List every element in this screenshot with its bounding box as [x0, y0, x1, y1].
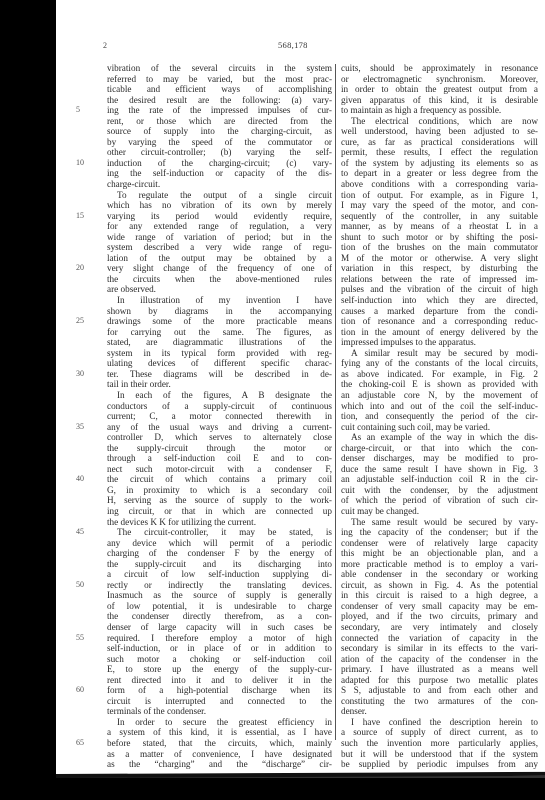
line-number: 65 — [76, 738, 84, 747]
line-number: 15 — [76, 211, 84, 220]
left-column-text: vibration of the several circuits in the… — [107, 63, 332, 770]
text-line: variation in this respect, by disturbing… — [341, 263, 538, 274]
text-line: be supplied by periodic impulses from an… — [341, 759, 538, 770]
text-line: the circuits when the above-mentioned ru… — [107, 274, 332, 285]
text-line: a circuit of low self-induction supplyin… — [107, 569, 332, 580]
text-line: denser discharges, may be modified to pr… — [341, 453, 538, 464]
text-line: are observed. — [107, 284, 332, 295]
text-line: tion of the brushes on the main commutat… — [341, 242, 538, 253]
text-line: as the “charging” and the “discharge” ci… — [107, 759, 332, 770]
text-line: E, to store up the energy of the supply-… — [107, 664, 332, 675]
text-line: above conditions with a corresponding va… — [341, 179, 538, 190]
text-line: source of supply into the charging-circu… — [107, 126, 332, 137]
text-line: primary. I have illustrated as a means w… — [341, 664, 538, 675]
text-line: such motor a choking or self-induction c… — [107, 654, 332, 665]
text-line: induction of the charging-circuit; (c) v… — [107, 158, 332, 169]
patent-page: 2 568,178 vibration of the several circu… — [56, 0, 545, 778]
text-line: the condenser directly therefrom, as a c… — [107, 611, 332, 622]
text-line: manner, as by means of a rheostat L in a — [341, 221, 538, 232]
text-line: A similar result may be secured by modi- — [341, 348, 538, 359]
text-line: drawings some of the more practicable me… — [107, 316, 332, 327]
text-line: this might be an objectionable plan, and… — [341, 548, 538, 559]
text-line: rectly or indirectly the translating dev… — [107, 580, 332, 591]
text-line: In order to secure the greatest efficien… — [107, 717, 332, 728]
text-line: by varying the speed of the commutator o… — [107, 137, 332, 148]
text-line: through a self-induction coil E and to c… — [107, 453, 332, 464]
text-line: connected the variation of capacity in t… — [341, 633, 538, 644]
text-line: duce the same result I have shown in Fig… — [341, 464, 538, 475]
line-number: 35 — [76, 422, 84, 431]
text-line: to maintain as high a frequency as possi… — [341, 105, 538, 116]
text-line: pulses and the vibration of the circuit … — [341, 284, 538, 295]
text-line: tion in the amount of energy delivered b… — [341, 327, 538, 338]
text-line: other circuit-controller; (b) varying th… — [107, 147, 332, 158]
text-line: tion of output. For example, as in Figur… — [341, 190, 538, 201]
text-line: the supply-circuit through the motor or — [107, 443, 332, 454]
text-line: any of the usual ways and driving a curr… — [107, 422, 332, 433]
text-line: impressed impulses to the apparatus. — [341, 337, 538, 348]
text-line: for any extended range of regulation, a … — [107, 221, 332, 232]
text-line: a source of supply of direct current, as… — [341, 727, 538, 738]
text-line: well understood, having been adjusted to… — [341, 126, 538, 137]
line-number: 60 — [76, 685, 84, 694]
page-number: 2 — [103, 41, 107, 50]
text-line: G, in proximity to which is a secondary … — [107, 485, 332, 496]
text-line: relations between the rate of impressed … — [341, 274, 538, 285]
text-line: To regulate the output of a single circu… — [107, 190, 332, 201]
text-line: constituting the two armatures of the co… — [341, 696, 538, 707]
text-line: cuit with the condenser, by the adjustme… — [341, 485, 538, 496]
text-line: the circuit of which contains a primary … — [107, 474, 332, 485]
patent-number: 568,178 — [278, 40, 308, 50]
text-line: form of a high-potential discharge when … — [107, 685, 332, 696]
text-line: charge-circuit. — [107, 179, 332, 190]
text-line: secondary, are very intimately and close… — [341, 622, 538, 633]
text-line: very slight change of the frequency of o… — [107, 263, 332, 274]
text-line: sequently of the controller, in any suit… — [341, 211, 538, 222]
column-divider — [335, 64, 336, 740]
text-line: terminals of the condenser. — [107, 706, 332, 717]
text-line: controller D, which serves to alternatel… — [107, 432, 332, 443]
text-line: vibration of the several circuits in the… — [107, 63, 332, 74]
text-line: permit, these results, I effect the regu… — [341, 147, 538, 158]
text-line: circuit is interrupted and connected to … — [107, 696, 332, 707]
text-line: stated, are diagrammatic illustrations o… — [107, 337, 332, 348]
text-line: ter. These diagrams will be described in… — [107, 369, 332, 380]
text-line: condenser were of relatively large capac… — [341, 538, 538, 549]
text-line: but it will be understood that if the sy… — [341, 749, 538, 760]
line-number: 10 — [76, 158, 84, 167]
text-line: an adjustable self-induction coil R in t… — [341, 474, 538, 485]
text-line: ing circuit, or that in which are connec… — [107, 506, 332, 517]
text-line: in this circuit is raised to a high degr… — [341, 590, 538, 601]
text-line: tail in their order. — [107, 379, 332, 390]
text-line: of which the period of vibration of such… — [341, 495, 538, 506]
text-line: cuit may be changed. — [341, 506, 538, 517]
text-line: In illustration of my invention I have — [107, 295, 332, 306]
text-line: before stated, that the circuits, which,… — [107, 738, 332, 749]
text-line: an adjustable core N, by the movement of — [341, 390, 538, 401]
text-line: denser. — [341, 706, 538, 717]
text-line: current; C, a motor connected therewith … — [107, 411, 332, 422]
text-line: shown by diagrams in the accompanying — [107, 306, 332, 317]
text-line: M of the motor or otherwise. A very slig… — [341, 253, 538, 264]
text-line: rent, or those which are directed from t… — [107, 116, 332, 127]
line-number: 45 — [76, 527, 84, 536]
line-number: 50 — [76, 580, 84, 589]
text-line: I have confined the description herein t… — [341, 717, 538, 728]
text-line: fying any of the constants of the local … — [341, 358, 538, 369]
line-number: 40 — [76, 474, 84, 483]
text-line: cuit containing such coil, may be varied… — [341, 422, 538, 433]
text-line: ing the rate of the impressed impulses o… — [107, 105, 332, 116]
text-line: as a matter of convenience, I have desig… — [107, 749, 332, 760]
text-line: any device which will permit of a period… — [107, 538, 332, 549]
text-line: adapted for this purpose two metallic pl… — [341, 675, 538, 686]
text-line: ing the capacity of the condenser; but i… — [341, 527, 538, 538]
text-line: able condenser in the secondary or worki… — [341, 569, 538, 580]
text-line: The circuit-controller, it may be stated… — [107, 527, 332, 538]
text-line: charge-circuit, or that into which the c… — [341, 443, 538, 454]
text-line: shunt to such motor or by shifting the p… — [341, 232, 538, 243]
text-line: system described a very wide range of re… — [107, 242, 332, 253]
text-line: ployed, and if the two circuits, primary… — [341, 611, 538, 622]
text-line: referred to may be varied, but the most … — [107, 74, 332, 85]
text-line: secondary is similar in its effects to t… — [341, 643, 538, 654]
text-line: the supply-circuit and its discharging i… — [107, 559, 332, 570]
text-line: Inasmuch as the source of supply is gene… — [107, 590, 332, 601]
text-line: ing the self-induction or capacity of th… — [107, 168, 332, 179]
text-line: causes a marked departure from the condi… — [341, 306, 538, 317]
line-number: 5 — [76, 105, 80, 114]
text-line: which has no vibration of its own by mer… — [107, 200, 332, 211]
text-line: cure, as far as practical considerations… — [341, 137, 538, 148]
text-line: The electrical conditions, which are now — [341, 116, 538, 127]
text-line: lation of the output may be obtained by … — [107, 253, 332, 264]
text-line: In each of the figures, A B designate th… — [107, 390, 332, 401]
text-line: given apparatus of this kind, it is desi… — [341, 95, 538, 106]
text-line: required. I therefore employ a motor of … — [107, 633, 332, 644]
text-line: charging of the condenser F by the energ… — [107, 548, 332, 559]
text-line: in order to obtain the greatest output f… — [341, 84, 538, 95]
text-line: S S, adjustable to and from each other a… — [341, 685, 538, 696]
line-number: 25 — [76, 316, 84, 325]
text-line: As an example of the way in which the di… — [341, 432, 538, 443]
text-line: tion of resonance and a corresponding re… — [341, 316, 538, 327]
text-line: the desired result are the following: (a… — [107, 95, 332, 106]
text-line: self-induction into which they are direc… — [341, 295, 538, 306]
text-line: varying its period would evidently requi… — [107, 211, 332, 222]
text-line: nect such motor-circuit with a condenser… — [107, 464, 332, 475]
text-line: the devices K K for utilizing the curren… — [107, 517, 332, 528]
text-line: wide range of variation of period; but i… — [107, 232, 332, 243]
text-line: such the invention more particularly app… — [341, 738, 538, 749]
line-number: 55 — [76, 633, 84, 642]
text-line: or electromagnetic synchronism. Moreover… — [341, 74, 538, 85]
text-line: the choking-coil E is shown as provided … — [341, 379, 538, 390]
text-line: a system of this kind, it is essential, … — [107, 727, 332, 738]
text-line: self-induction, or in place of or in add… — [107, 643, 332, 654]
line-number: 20 — [76, 263, 84, 272]
text-line: cuits, should be approximately in resona… — [341, 63, 538, 74]
text-line: for carrying out the same. The figures, … — [107, 327, 332, 338]
text-line: conductors of a supply-circuit of contin… — [107, 401, 332, 412]
text-line: system in its typical form provided with… — [107, 348, 332, 359]
text-line: condenser of very small capacity may be … — [341, 601, 538, 612]
text-line: circuit, as shown in Fig. 4. As the pote… — [341, 580, 538, 591]
text-line: more practicable method is to employ a v… — [341, 559, 538, 570]
text-line: which into and out of the coil the self-… — [341, 401, 538, 412]
text-line: to depart in a greater or less degree fr… — [341, 168, 538, 179]
line-number: 30 — [76, 369, 84, 378]
text-line: I may vary the speed of the motor, and c… — [341, 200, 538, 211]
text-line: of low potential, it is undesirable to c… — [107, 601, 332, 612]
text-line: H, serving as the source of supply to th… — [107, 495, 332, 506]
text-line: denser of large capacity will in such ca… — [107, 622, 332, 633]
text-line: ticable and efficient ways of accomplish… — [107, 84, 332, 95]
text-line: as above indicated. For example, in Fig.… — [341, 369, 538, 380]
text-line: ulating devices of different specific ch… — [107, 358, 332, 369]
text-line: rent directed into it and to deliver it … — [107, 675, 332, 686]
text-line: The same result would be secured by vary… — [341, 517, 538, 528]
text-line: ation of the capacity of the condenser i… — [341, 654, 538, 665]
right-column-text: cuits, should be approximately in resona… — [341, 63, 538, 770]
text-line: tion, and consequently the period of the… — [341, 411, 538, 422]
text-line: of the system by adjusting its elements … — [341, 158, 538, 169]
